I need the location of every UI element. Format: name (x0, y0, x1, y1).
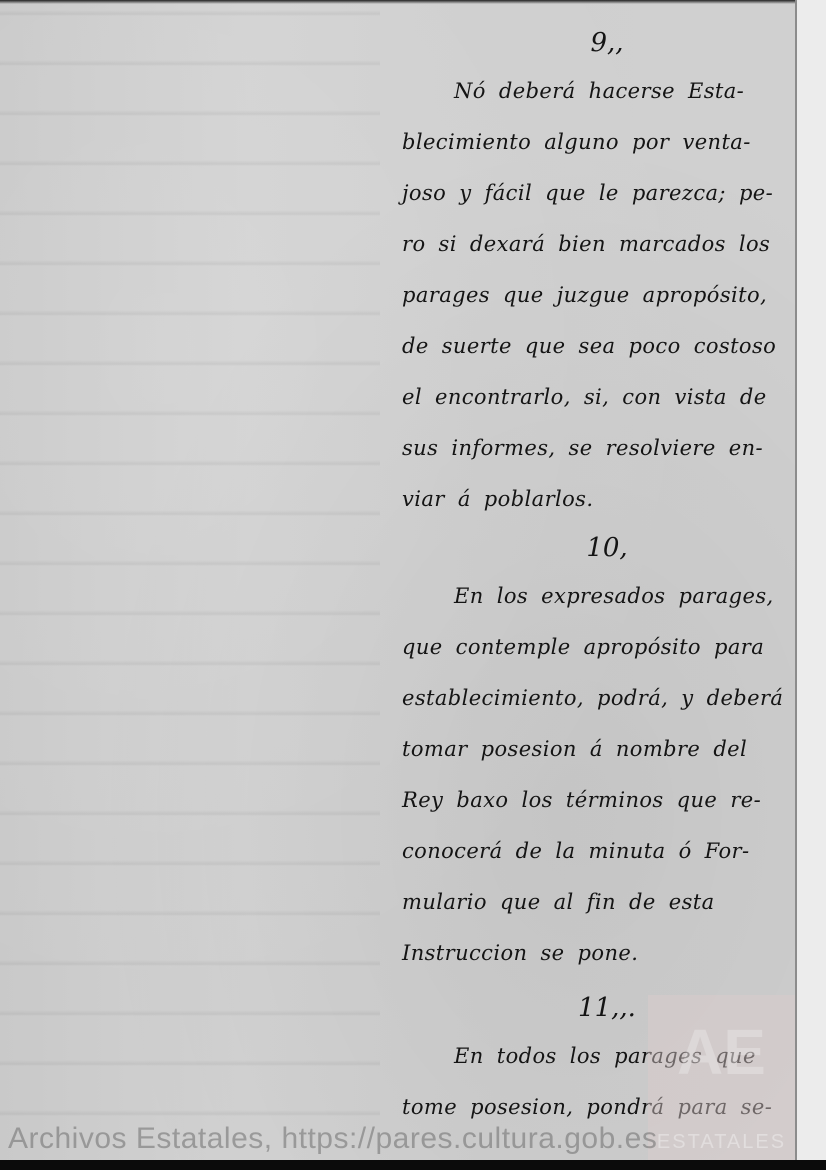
archive-logo-text: ESTATALES (648, 1131, 795, 1154)
section-number-9: 9,, (402, 20, 782, 66)
section-number-10: 10, (402, 525, 782, 571)
manuscript-page: 9,, Nó deberá hacerse Esta- blecimiento … (0, 0, 826, 1162)
text-line: de suerte que sea poco costoso (402, 321, 782, 372)
manuscript-text-column: 9,, Nó deberá hacerse Esta- blecimiento … (402, 20, 782, 1133)
text-line: ro si dexará bien marcados los (402, 219, 782, 270)
text-line: sus informes, se resolviere en- (402, 423, 782, 474)
text-line: el encontrarlo, si, con vista de (402, 372, 782, 423)
archive-logo-watermark: AE ESTATALES (648, 995, 795, 1160)
adjacent-page-edge (795, 0, 826, 1162)
text-line: joso y fácil que le parezca; pe- (402, 168, 782, 219)
text-line: blecimiento alguno por venta- (402, 117, 782, 168)
text-line: En los expresados parages, (402, 571, 782, 622)
show-through-text (0, 0, 380, 1160)
text-line: Nó deberá hacerse Esta- (402, 66, 782, 117)
text-line: parages que juzgue apropósito, (402, 270, 782, 321)
text-line: conocerá de la minuta ó For- (402, 826, 782, 877)
archive-logo-mark: AE (648, 1015, 795, 1089)
text-line: mulario que al fin de esta (402, 877, 782, 928)
text-line: que contemple apropósito para (402, 622, 782, 673)
text-line: Rey baxo los términos que re- (402, 775, 782, 826)
text-line: Instruccion se pone. (402, 928, 782, 979)
text-line: viar á poblarlos. (402, 474, 782, 525)
scan-bottom-border (0, 1160, 826, 1170)
archive-watermark: Archivos Estatales, https://pares.cultur… (8, 1122, 657, 1156)
text-line: tomar posesion á nombre del (402, 724, 782, 775)
text-line: establecimiento, podrá, y deberá (402, 673, 782, 724)
